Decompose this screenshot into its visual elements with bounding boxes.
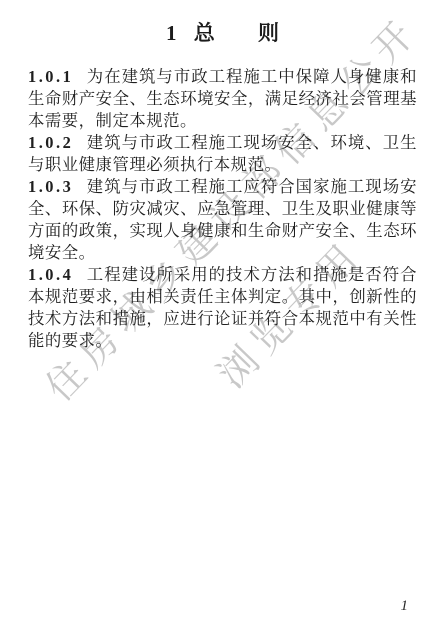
clause-text: 建筑与市政工程施工现场安全、环境、卫生与职业健康管理必须执行本规范。 xyxy=(28,133,417,174)
clause-list: 1.0.1为在建筑与市政工程施工中保障人身健康和生命财产安全、生态环境安全，满足… xyxy=(28,66,417,352)
title-word-1: 总 xyxy=(194,21,215,45)
title-word-2: 则 xyxy=(258,21,279,45)
clause-text: 为在建筑与市政工程施工中保障人身健康和生命财产安全、生态环境安全，满足经济社会管… xyxy=(28,67,417,130)
page-title: 1 总 则 xyxy=(0,17,445,47)
page-number: 1 xyxy=(401,598,409,615)
clause-number: 1.0.4 xyxy=(28,265,73,284)
clause-number: 1.0.1 xyxy=(28,67,73,86)
clause-text: 建筑与市政工程施工应符合国家施工现场安全、环保、防灾减灾、应急管理、卫生及职业健… xyxy=(28,177,417,262)
clause-text: 工程建设所采用的技术方法和措施是否符合本规范要求，由相关责任主体判定。其中，创新… xyxy=(28,265,417,350)
clause-number: 1.0.3 xyxy=(28,177,73,196)
clause: 1.0.3建筑与市政工程施工应符合国家施工现场安全、环保、防灾减灾、应急管理、卫… xyxy=(28,176,417,264)
document-page: 住房城乡建设部信息公开 浏览专用 1 总 则 1.0.1为在建筑与市政工程施工中… xyxy=(0,0,445,640)
clause: 1.0.1为在建筑与市政工程施工中保障人身健康和生命财产安全、生态环境安全，满足… xyxy=(28,66,417,132)
clause-number: 1.0.2 xyxy=(28,133,73,152)
title-chapter-number: 1 xyxy=(166,21,177,45)
clause: 1.0.2建筑与市政工程施工现场安全、环境、卫生与职业健康管理必须执行本规范。 xyxy=(28,132,417,176)
clause: 1.0.4工程建设所采用的技术方法和措施是否符合本规范要求，由相关责任主体判定。… xyxy=(28,264,417,352)
